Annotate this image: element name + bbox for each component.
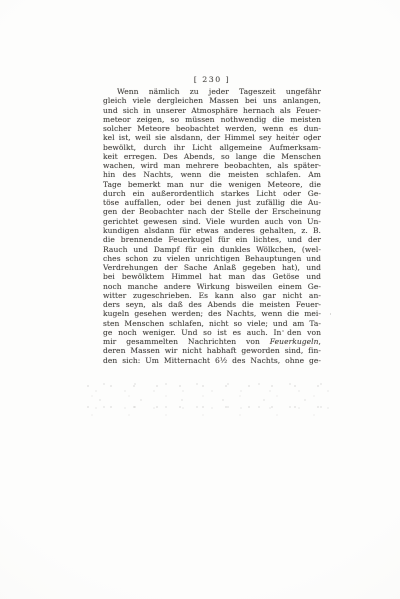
text-line: kundigen alsdann für etwas anderes gehal… bbox=[103, 226, 321, 235]
text-line: töse auffallen, oder bei denen just zufä… bbox=[103, 198, 321, 207]
text-line: gen der Beobachter nach der Stelle der E… bbox=[103, 207, 321, 216]
page-number: [ 230 ] bbox=[103, 75, 321, 84]
text-line: den sich: Um Mitternacht 6½ des Nachts, … bbox=[103, 356, 321, 365]
text-line: ge noch weniger. Und so ist es auch. In … bbox=[103, 328, 321, 337]
text-line: noch manche andere Wirkung bisweilen ein… bbox=[103, 282, 321, 291]
scan-speck bbox=[330, 313, 331, 315]
text-line: Rauch und Dampf für ein dunkles Wölkchen… bbox=[103, 245, 321, 254]
text-line: und sich in unserer Atmosphäre hernach a… bbox=[103, 106, 321, 115]
text-line: hin des Nachts, wenn die meisten schlafe… bbox=[103, 170, 321, 179]
text-line: Verdrehungen der Sache Anlaß gegeben hat… bbox=[103, 263, 321, 272]
text-line: meteor zeigen, so müssen nothwendig die … bbox=[103, 115, 321, 124]
text-line: kugeln gesehen werden; des Nachts, wenn … bbox=[103, 309, 321, 318]
text-line: gleich viele dergleichen Massen bei uns … bbox=[103, 96, 321, 105]
text-line: solcher Meteore beobachtet werden, wenn … bbox=[103, 124, 321, 133]
scan-noise bbox=[85, 382, 340, 418]
text-line: bewölkt, durch ihr Licht allgemeine Aufm… bbox=[103, 143, 321, 152]
text-line: witter zugeschrieben. Es kann also gar n… bbox=[103, 291, 321, 300]
text-line: deren Massen wir nicht habhaft geworden … bbox=[103, 346, 321, 355]
text-line: ders seyn, als daß des Abends die meiste… bbox=[103, 300, 321, 309]
text-line: die brennende Feuerkugel für ein lichtes… bbox=[103, 235, 321, 244]
text-line: keit erregen. Des Abends, so lange die M… bbox=[103, 152, 321, 161]
body-text: Wenn nämlich zu jeder Tageszeit ungefähr… bbox=[103, 87, 321, 365]
text-line: Wenn nämlich zu jeder Tageszeit ungefähr bbox=[103, 87, 321, 96]
scanned-book-page: [ 230 ] Wenn nämlich zu jeder Tageszeit … bbox=[0, 0, 400, 599]
text-line: gerichtet gewesen sind. Viele wurden auc… bbox=[103, 217, 321, 226]
text-line: ches schon zu vielen unrichtigen Behaupt… bbox=[103, 254, 321, 263]
text-line: mir gesammelten Nachrichten von Feuerkug… bbox=[103, 337, 321, 346]
text-line: bei bewölktem Himmel hat man das Getöse … bbox=[103, 272, 321, 281]
text-line: sten Menschen schlafen, nicht so viele; … bbox=[103, 319, 321, 328]
text-line: durch ein außerordentlich starkes Licht … bbox=[103, 189, 321, 198]
text-line: kel ist, weil sie alsdann, der Himmel se… bbox=[103, 133, 321, 142]
text-line: Tage bemerkt man nur die wenigen Meteore… bbox=[103, 180, 321, 189]
text-line: wachen, wird man mehrere beobachten, als… bbox=[103, 161, 321, 170]
